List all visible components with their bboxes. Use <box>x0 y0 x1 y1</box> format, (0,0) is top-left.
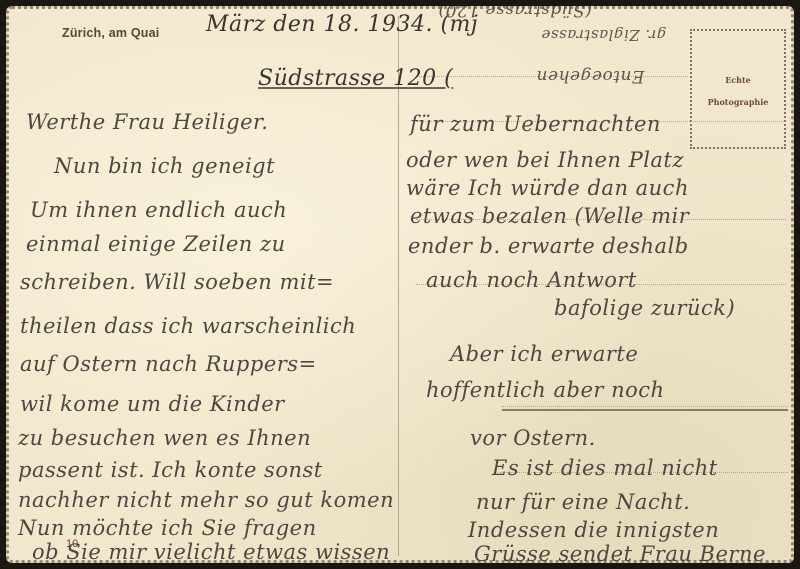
letter-line-right-5: ender b. erwarte deshalb <box>408 234 689 258</box>
letter-line-right-7: bafolige zurück) <box>554 296 735 320</box>
letter-line-right-2: oder wen bei Ihnen Platz <box>406 148 684 172</box>
letter-line-left-11: nachher nicht mehr so gut komen <box>18 488 394 512</box>
stamp-box-line-1: Echte <box>692 75 784 85</box>
address-underline-solid <box>502 409 788 411</box>
letter-line-left-4: einmal einige Zeilen zu <box>26 232 286 256</box>
letter-line-right-4: etwas bezalen (Welle mir <box>410 204 689 228</box>
letter-line-right-11: Es ist dies mal nicht <box>492 456 718 480</box>
upside-down-note-2: gr. Ziglastrasse <box>541 26 666 44</box>
letter-line-left-7: auf Ostern nach Ruppers= <box>20 352 317 376</box>
letter-line-left-9: zu besuchen wen es Ihnen <box>18 426 311 450</box>
letter-line-right-12: nur für eine Nacht. <box>476 490 690 514</box>
letter-line-left-10: passent ist. Ich konte sonst <box>18 458 323 482</box>
letter-line-right-1: für zum Uebernachten <box>410 112 661 136</box>
letter-line-left-8: wil kome um die Kinder <box>20 392 285 416</box>
letter-line-right-10: vor Ostern. <box>470 426 596 450</box>
letter-line-right-14: Grüsse sendet Frau Berne <box>474 542 766 563</box>
center-divider-line <box>398 16 399 556</box>
letter-line-left-12: Nun möchte ich Sie fragen <box>18 516 317 540</box>
stamp-box: Echte Photographie <box>690 29 786 149</box>
letter-line-left-1: Werthe Frau Heiliger. <box>26 110 268 134</box>
letter-line-left-6: theilen dass ich warscheinlich <box>20 314 356 338</box>
letter-line-left-3: Um ihnen endlich auch <box>30 198 287 222</box>
letter-line-right-6: auch noch Antwort <box>426 268 637 292</box>
upside-down-note-1: (Südstrasse 120) <box>438 6 592 20</box>
letter-line-right-3: wäre Ich würde dan auch <box>406 176 689 200</box>
page-number-label: 10 <box>66 538 78 550</box>
letter-line-right-8: Aber ich erwarte <box>450 342 638 366</box>
address-line-5 <box>502 406 788 407</box>
postcard-back: Zürich, am Quai Echte Photographie März … <box>6 6 794 563</box>
stamp-box-line-2: Photographie <box>692 97 784 107</box>
upside-down-note-3: Entoegehen <box>536 66 644 86</box>
letter-line-left-2: Nun bin ich geneigt <box>54 154 275 178</box>
letter-line-left-13: ob Sie mir vielicht etwas wissen <box>32 540 390 563</box>
letter-line-right-9: hoffentlich aber noch <box>426 378 665 402</box>
letter-line-right-13: Indessen die innigsten <box>468 518 719 542</box>
handwritten-sender-address: Südstrasse 120 ( <box>258 66 453 91</box>
printed-place-label: Zürich, am Quai <box>62 26 159 40</box>
letter-line-left-5: schreiben. Will soeben mit= <box>20 270 334 294</box>
